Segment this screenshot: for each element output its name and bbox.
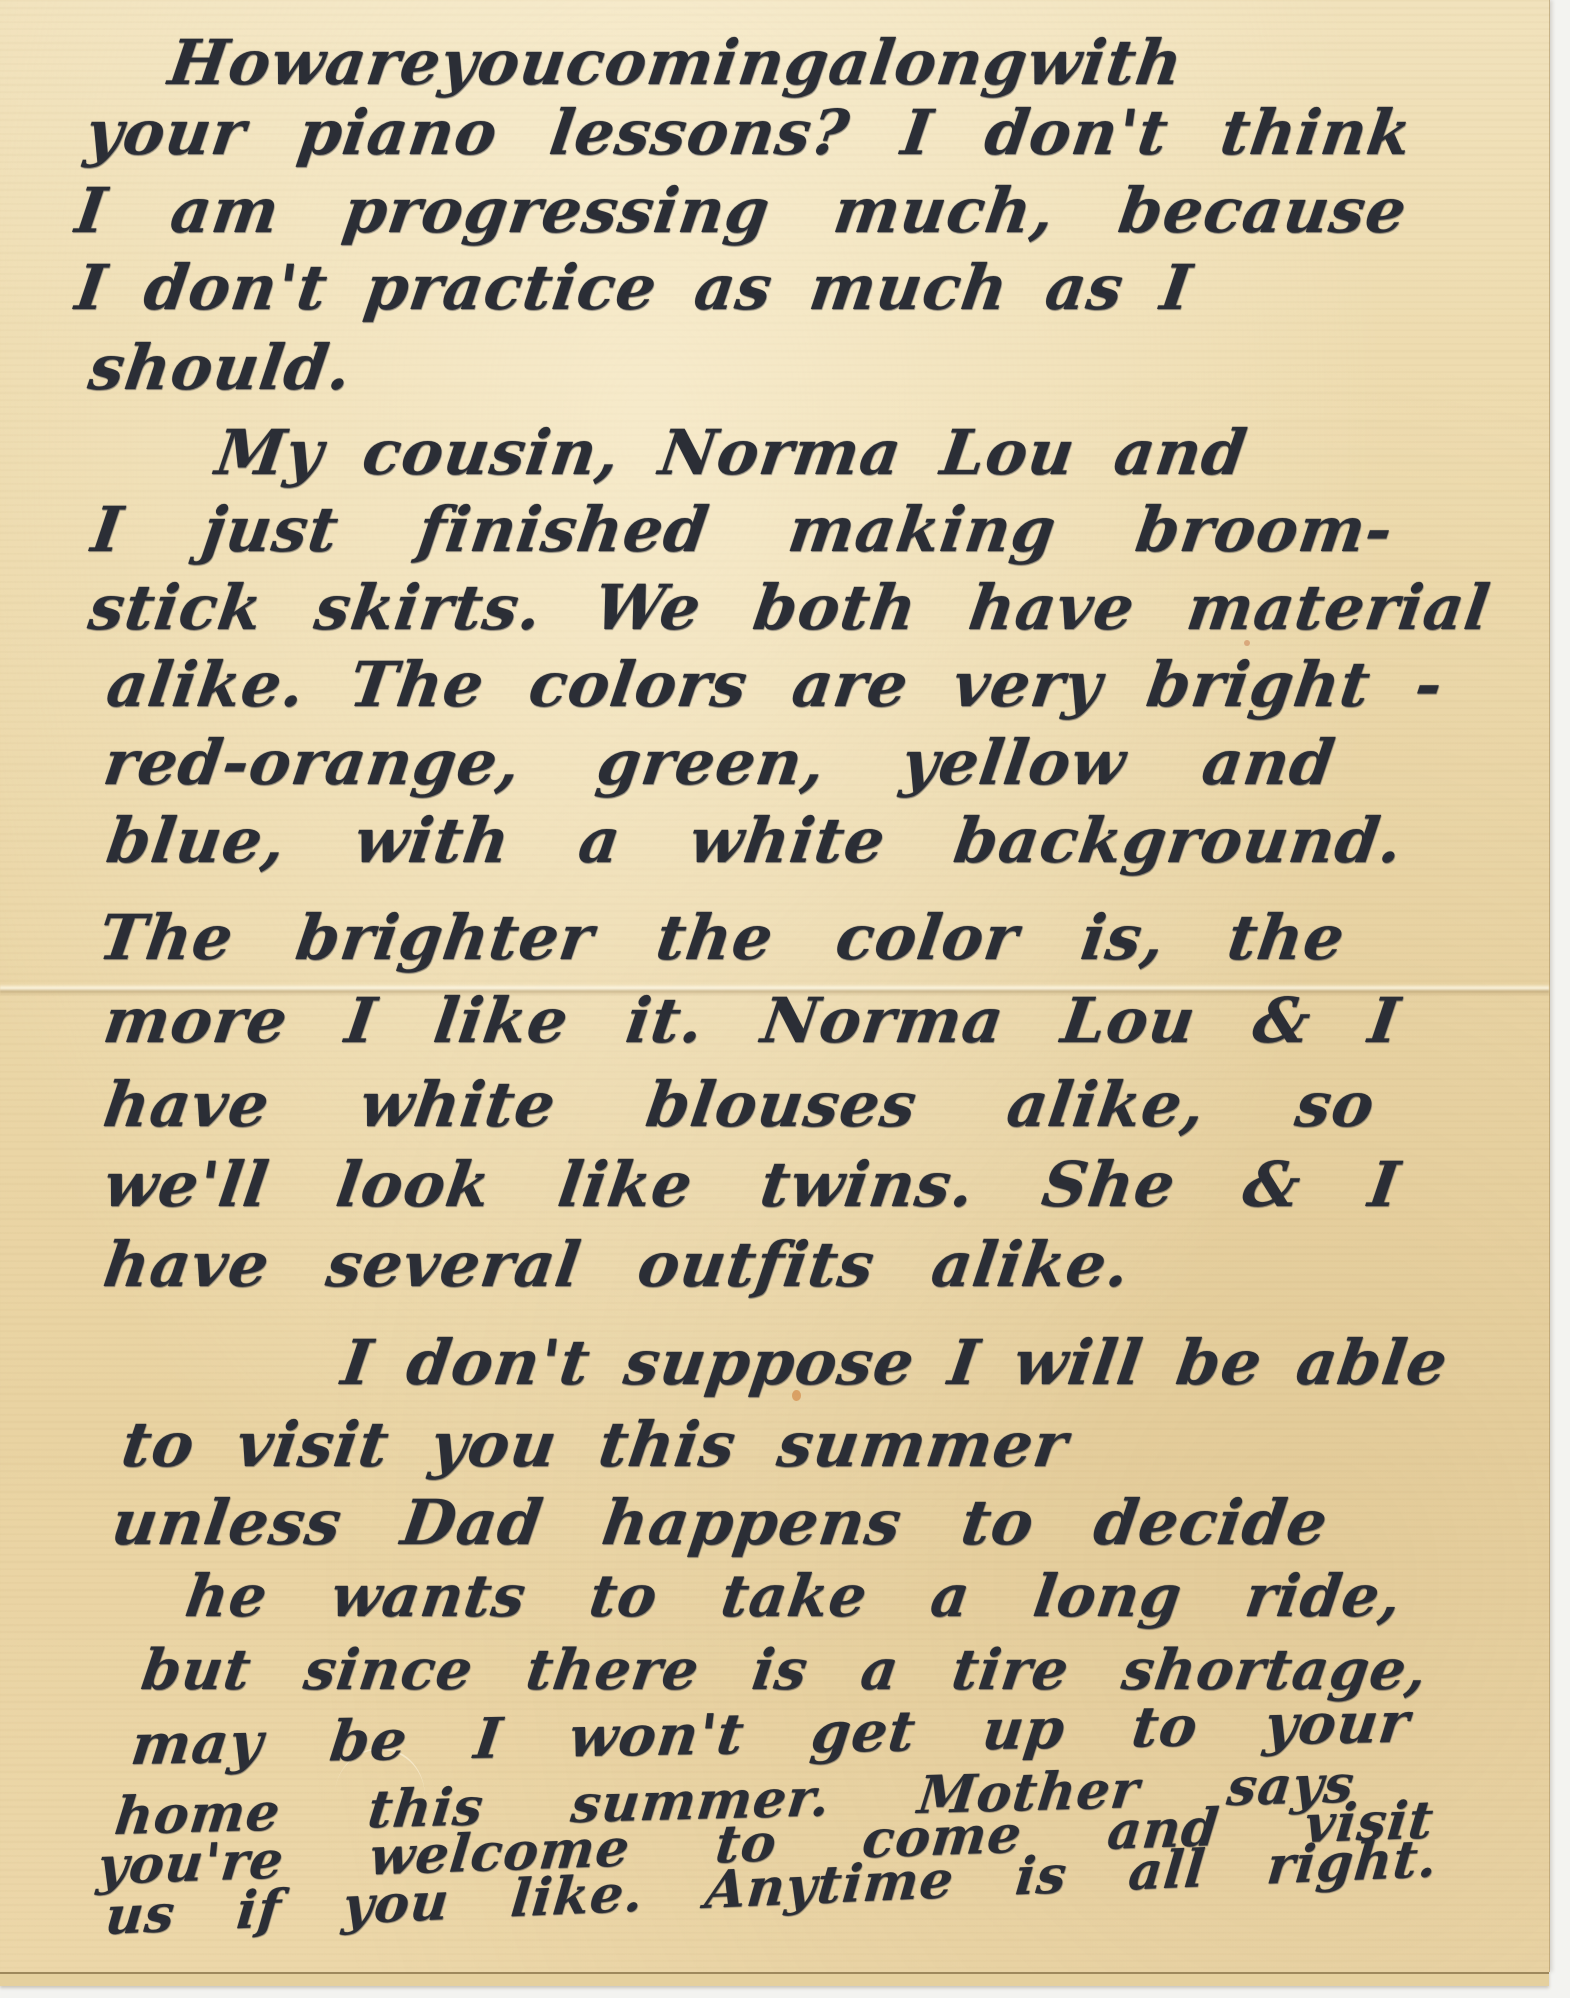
word: like [430,988,573,1053]
handwriting-line: yourpianolessons?Idon'tthink [82,100,1416,165]
word: you [427,1412,562,1477]
word: material [1183,575,1494,640]
word: you [437,30,572,95]
word: if [234,1882,284,1938]
word: up [979,1700,1068,1760]
word: finished [414,497,713,562]
word: summer [774,1412,1072,1477]
handwriting-line: unlessDadhappenstodecide [108,1490,1332,1555]
word: get [808,1702,919,1763]
word: don't [981,100,1173,165]
word: all [1126,1842,1208,1900]
word: I [1365,1152,1404,1217]
word: visit [233,1412,394,1477]
word: I [945,1330,984,1395]
word: twins. [757,1152,979,1217]
word: to [118,1412,199,1477]
word: green, [593,730,830,795]
word: red-orange, [100,730,525,795]
word: don't [403,1330,595,1395]
word: I [88,497,127,562]
word: We [590,575,705,640]
word: decide [1090,1490,1332,1555]
word: he [182,1566,272,1627]
word: are [788,652,912,717]
word: the [1224,905,1349,970]
letter-page: Howareyoucomingalongwithyourpianolessons… [0,0,1550,1972]
word: I [342,988,381,1053]
word: I [72,178,111,243]
word: to [957,1490,1038,1555]
word: I [1365,988,1404,1053]
word: a [575,808,625,873]
word: several [323,1232,585,1297]
word: the [652,905,777,970]
handwriting-line: blue,withawhitebackground. [103,808,1407,873]
word: will [1010,1330,1147,1395]
word: bright [1143,652,1375,717]
page-bottom-edge [0,1972,1549,1986]
handwriting-line: Ijustfinishedmakingbroom- [88,497,1397,562]
word: your [1261,1694,1413,1755]
word: like. [508,1867,646,1927]
word: much [806,255,1013,320]
handwriting-line: should. [85,335,354,400]
word: be [1173,1330,1267,1395]
word: & [1239,1152,1305,1217]
word: should. [85,335,356,400]
handwriting-line: haveseveraloutfitsalike. [100,1232,1134,1297]
word: cousin, [359,420,624,485]
handwriting-line: havewhiteblousesalike,so [100,1072,1379,1137]
word: lessons? [546,100,854,165]
word: because [1115,178,1411,243]
handwriting-line: we'lllookliketwins.She&I [100,1152,1404,1217]
word: piano [294,100,502,165]
word: think [1217,100,1416,165]
word: as [691,255,777,320]
word: you [340,1875,452,1934]
word: I [1157,255,1196,320]
word: Lou [1058,988,1200,1053]
word: color [832,905,1023,970]
word: How [165,30,330,95]
word: blue, [103,808,290,873]
word: is [1013,1848,1070,1905]
word: stick [85,575,267,640]
word: happens [598,1490,906,1555]
word: practice [361,255,661,320]
scanner-background: Howareyoucomingalongwithyourpianolessons… [0,0,1570,1998]
word: to [586,1566,662,1627]
word: unless [108,1490,346,1555]
word: both [750,575,922,640]
word: have [965,575,1139,640]
word: making [785,497,1061,562]
handwriting-line: alike.Thecolorsareverybright- [103,652,1447,717]
handwriting-line: Idon'tsupposeIwillbeable [338,1330,1452,1395]
word: outfits [634,1232,879,1297]
word: take [717,1566,871,1627]
word: white [356,1072,560,1137]
word: yellow [898,730,1130,795]
word: as [1042,255,1128,320]
word: may [128,1714,267,1775]
word: skirts. [311,575,546,640]
word: won't [566,1705,748,1767]
word: Anytime [703,1853,957,1918]
word: we'll [100,1152,273,1217]
word: wants [327,1566,530,1627]
word: ride, [1242,1566,1406,1627]
word: background. [950,808,1407,873]
handwriting-line: Idon'tpracticeasmuchasI [72,255,1196,320]
handwriting-line: tovisityouthissummer [118,1412,1072,1477]
word: to [1129,1697,1202,1757]
word: your [82,100,250,165]
word: is, [1077,905,1169,970]
word: like [554,1152,697,1217]
word: Norma [655,420,906,485]
word: coming [562,30,834,95]
word: very [949,652,1106,717]
word: The [95,905,238,970]
word: She [1038,1152,1179,1217]
word: able [1292,1330,1452,1395]
handwriting-line: stickskirts.Webothhavematerial [85,575,1494,640]
word: so [1292,1072,1379,1137]
word: since [301,1641,478,1700]
word: just [199,497,343,562]
word: The [346,652,489,717]
word: much, [830,178,1059,243]
word: alike. [103,652,309,717]
word: don't [140,255,332,320]
word: & [1249,988,1315,1053]
word: with [1023,30,1187,95]
word: suppose [620,1330,919,1395]
word: alike, [1003,1072,1209,1137]
word: progressing [339,178,774,243]
word: tire [948,1641,1073,1700]
handwriting-line: Howareyoucomingalongwith [165,30,1164,95]
word: with [351,808,515,873]
word: be [327,1711,411,1771]
word: broom- [1132,497,1397,562]
word: I [898,100,937,165]
word: am [167,178,284,243]
word: a [857,1641,903,1700]
word: us [103,1887,178,1945]
word: brighter [292,905,598,970]
word: right. [1265,1832,1441,1894]
word: there [523,1641,704,1700]
word: I [338,1330,377,1395]
word: I [471,1710,506,1769]
word: blouses [642,1072,921,1137]
word: is [749,1641,812,1700]
word: but [138,1641,255,1700]
word: - [1411,652,1447,717]
handwriting-line: Mycousin,NormaLouand [212,420,1251,485]
word: have [100,1232,274,1297]
word: Lou [937,420,1079,485]
word: and [1110,420,1251,485]
handwriting-line: hewantstotakealongride, [182,1566,1406,1627]
word: long [1030,1566,1186,1627]
handwriting-line: Thebrighterthecoloris,the [95,905,1349,970]
word: Dad [398,1490,547,1555]
word: My [212,420,328,485]
word: white [686,808,890,873]
word: look [333,1152,495,1217]
word: Norma [758,988,1009,1053]
word: this [595,1412,740,1477]
handwriting-line: moreIlikeit.NormaLou&I [100,988,1404,1053]
word: more [100,988,292,1053]
word: a [927,1566,974,1627]
word: along [825,30,1033,95]
handwriting-line: Iamprogressingmuch,because [72,178,1411,243]
handwriting-line: butsincethereisatireshortage, [138,1641,1431,1700]
word: and [1198,730,1339,795]
word: I [72,255,111,320]
word: colors [525,652,752,717]
word: it. [622,988,708,1053]
handwriting-layer: Howareyoucomingalongwithyourpianolessons… [0,0,1549,1972]
word: are [321,30,445,95]
word: alike. [928,1232,1134,1297]
handwriting-line: red-orange,green,yellowand [100,730,1339,795]
word: have [100,1072,274,1137]
